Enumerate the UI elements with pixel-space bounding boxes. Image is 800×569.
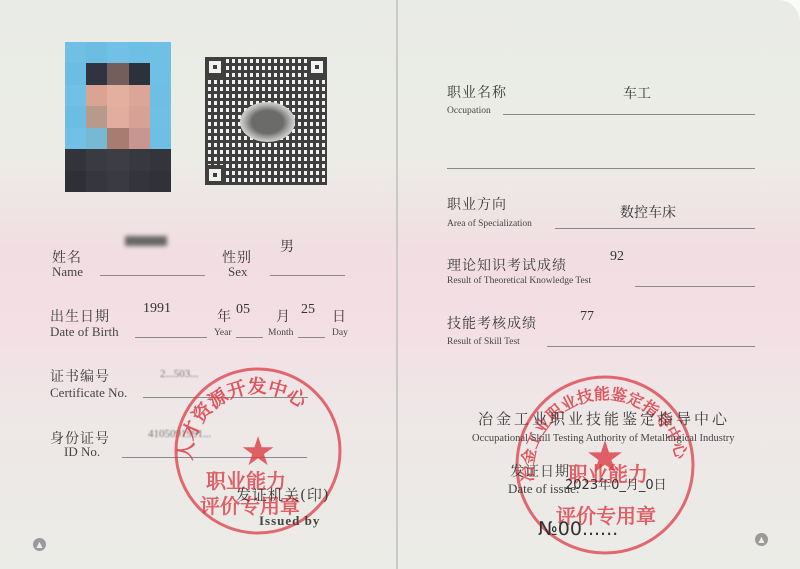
birth-month-en: Month xyxy=(268,328,293,338)
id-photo xyxy=(65,42,171,192)
name-value-redacted xyxy=(125,236,167,246)
birth-day-value: 25 xyxy=(301,302,315,318)
birth-day-cn: 日 xyxy=(332,306,347,326)
theory-underline xyxy=(635,286,755,287)
cert-label-cn: 证书编号 xyxy=(50,366,110,386)
skill-label-en: Result of Skill Test xyxy=(447,337,520,347)
name-underline xyxy=(100,275,205,276)
sex-value: 男 xyxy=(280,236,294,256)
authority-name-en: Occupational Skill Testing Authority of … xyxy=(472,433,735,444)
occupation-value: 车工 xyxy=(623,83,651,103)
birth-year-cn: 年 xyxy=(217,306,232,326)
theory-label-cn: 理论知识考试成绩 xyxy=(447,255,567,275)
issuer-label-en: Issued by xyxy=(259,513,320,529)
occupation-underline xyxy=(503,114,755,115)
occupation-underline-2 xyxy=(447,168,755,169)
authority-name-cn: 冶金工业职业技能鉴定指导中心 xyxy=(478,408,730,429)
birth-day-en: Day xyxy=(332,328,348,338)
birth-year-underline xyxy=(135,337,207,338)
up-arrow-badge-icon: ▲ xyxy=(755,533,768,546)
sex-label-en: Sex xyxy=(228,264,248,280)
specialization-label-en: Area of Specialization xyxy=(447,219,532,229)
birth-year-en: Year xyxy=(214,328,232,338)
birth-month-cn: 月 xyxy=(276,306,291,326)
birth-month-value: 05 xyxy=(236,302,250,318)
issuer-label-cn: 发证机关(印) xyxy=(236,484,330,505)
specialization-underline xyxy=(555,228,755,229)
skill-underline xyxy=(547,346,755,347)
name-label-en: Name xyxy=(52,264,83,280)
birth-year-value: 1991 xyxy=(143,301,171,317)
sex-underline xyxy=(270,275,345,276)
serial-number: №00...... xyxy=(538,518,618,540)
issue-date-value: 2023年0_月_0日 xyxy=(565,474,667,493)
specialization-label-cn: 职业方向 xyxy=(447,194,507,214)
birth-label-en: Date of Birth xyxy=(50,324,119,340)
cert-label-en: Certificate No. xyxy=(50,385,127,401)
theory-label-en: Result of Theoretical Knowledge Test xyxy=(447,276,591,286)
up-arrow-badge-icon: ▲ xyxy=(33,538,46,551)
book-spine xyxy=(396,0,398,569)
skill-score-value: 77 xyxy=(580,309,594,325)
issue-date-label-cn: 发证日期 xyxy=(510,461,570,481)
birth-day-underline xyxy=(298,337,325,338)
occupation-label-en: Occupation xyxy=(447,106,491,116)
skill-label-cn: 技能考核成绩 xyxy=(447,313,537,333)
birth-label-cn: 出生日期 xyxy=(50,306,110,326)
id-label-en: ID No. xyxy=(64,444,100,460)
birth-month-underline xyxy=(236,337,263,338)
occupation-label-cn: 职业名称 xyxy=(447,82,507,102)
specialization-value: 数控车床 xyxy=(620,202,676,222)
qr-code[interactable] xyxy=(205,57,327,185)
theory-score-value: 92 xyxy=(610,249,624,265)
